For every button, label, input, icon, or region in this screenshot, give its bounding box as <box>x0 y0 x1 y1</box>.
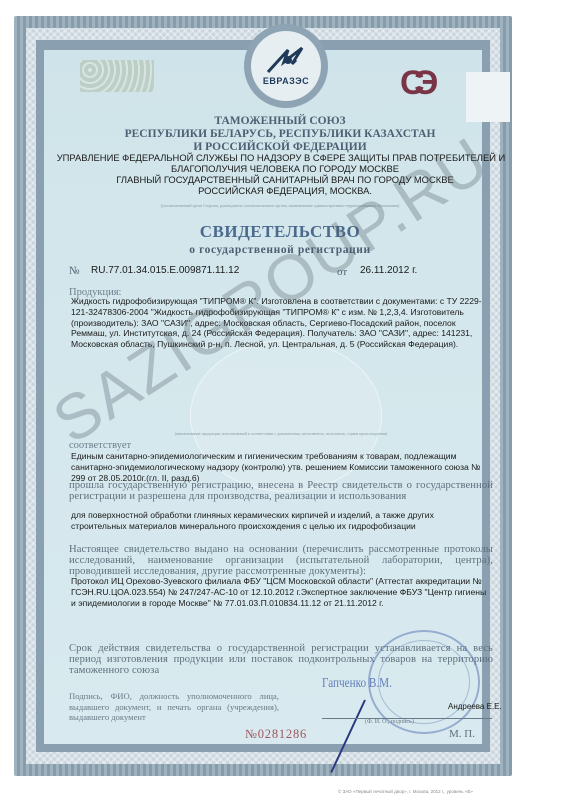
seal-place-label: М. П. <box>449 728 475 740</box>
number-label: № <box>69 265 80 277</box>
printer-note: © ЗАО «Первый печатный двор», г. Москва,… <box>338 789 473 794</box>
usage-text: для поверхностной обработки глиняных кер… <box>71 510 491 532</box>
eurasec-bird-icon <box>266 46 306 74</box>
fio-label: (Ф. И. О., подпись) <box>365 719 414 725</box>
se-logo: СЭ <box>400 64 428 103</box>
signer-name: Андреева Е.Е. <box>448 702 502 711</box>
product-caption: (наименование продукции, изготовленной в… <box>66 431 496 436</box>
certificate-number: RU.77.01.34.015.Е.009871.11.12 <box>91 265 239 276</box>
union-title: ТАМОЖЕННЫЙ СОЮЗ <box>60 115 500 128</box>
signature-caption: Подпись, ФИО, должность уполномоченного … <box>69 691 279 723</box>
blank-serial-number: №0281286 <box>245 727 307 742</box>
eurasec-emblem: ЕВРАЗЭС <box>244 24 328 108</box>
stamp-name: Гапченко В.М. <box>322 676 392 692</box>
basis-intro: Настоящее свидетельство выдано на основа… <box>69 544 493 578</box>
registration-text: прошла государственную регистрацию, внес… <box>69 480 493 502</box>
conformity-text: Единым санитарно-эпидемиологическим и ги… <box>71 451 491 483</box>
emblem-label: ЕВРАЗЭС <box>263 76 309 86</box>
hologram-patch <box>80 60 154 92</box>
basis-text: Протокол ИЦ Орехово-Зуевского филиала ФБ… <box>71 576 491 608</box>
